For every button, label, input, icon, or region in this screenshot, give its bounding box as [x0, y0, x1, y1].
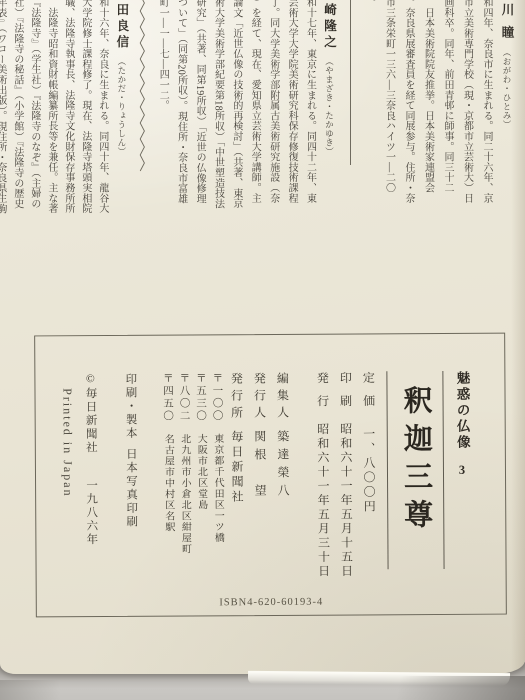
- column-value: 北九州市小倉北区紺屋町: [179, 433, 191, 554]
- column-label: 印刷・製本: [124, 373, 136, 441]
- colophon-address-column: 〒五三〇大阪市北区堂島: [191, 372, 209, 605]
- author-name: 小川 瞳（おがわ・ひとみ）: [496, 0, 518, 217]
- author-name: 山崎隆之（やまざき・たかゆき）: [319, 0, 341, 217]
- author-name-text: 小川 瞳: [500, 0, 514, 42]
- column-label: 〒一〇〇: [211, 372, 222, 422]
- column-value: 関根 望: [253, 430, 267, 502]
- colophon-copyright-column: ©毎日新聞社一九八六年: [78, 373, 102, 606]
- column-value: 昭和六十一年五月十五日: [339, 422, 354, 578]
- column-value: 東京都千代田区一ツ橋: [212, 433, 224, 543]
- section-divider-wavy: [139, 0, 146, 177]
- column-label: 編集人: [275, 372, 289, 423]
- colophon-address-column: 〒一〇〇東京都千代田区一ツ橋: [208, 372, 226, 605]
- series-number: 3: [455, 463, 469, 477]
- author-bio-text: 昭和十七年、東京に生まれる。同四十二年、東京芸術大学大学院美術研究科保存修復技術…: [153, 0, 319, 213]
- colophon-person-column: 編集人築達榮八: [270, 372, 294, 605]
- book-title: 釈迦三尊: [392, 385, 439, 604]
- column-label: 定価: [361, 371, 375, 417]
- column-label: Printed in Japan: [60, 388, 75, 497]
- column-value: 昭和六十一年五月三十日: [316, 423, 331, 579]
- author-bio-text: 昭和四年、奈良市に生まれる。同二十六年、京都市立美術専門学校（現・京都市立芸術大…: [360, 0, 497, 207]
- author-name-text: 山崎隆之: [323, 0, 337, 51]
- colophon-address-column: 〒四五〇名古屋市中村区名駅: [158, 373, 176, 606]
- title-rule-right: [442, 371, 444, 569]
- column-value: 日本写真印刷: [125, 447, 137, 528]
- author-name-kana: （おがわ・ひとみ）: [502, 48, 512, 129]
- author-bio-text: 昭和十六年、奈良に生まれる。同四十年、龍谷大学大学院修士課程修了。現在、法隆寺塔…: [0, 0, 111, 218]
- column-label: 発行: [315, 372, 329, 418]
- title-rule-left: [386, 371, 388, 569]
- author-section: 山崎隆之（やまざき・たかゆき）昭和十七年、東京に生まれる。同四十二年、東京芸術大…: [153, 0, 341, 219]
- column-value: 名古屋市中村区名駅: [162, 434, 174, 533]
- book-photo: 小川 瞳（おがわ・ひとみ）昭和四年、奈良市に生まれる。同二十六年、京都市立美術専…: [0, 0, 525, 700]
- author-name-kana: （やまざき・たかゆき）: [325, 57, 335, 156]
- column-value: 一九八六年: [85, 479, 97, 547]
- bottom-left-shadow: [0, 680, 60, 700]
- author-name-text: 高田良信: [115, 0, 129, 51]
- section-divider-line: [350, 0, 351, 165]
- colophon-box: 魅惑の仏像 3 釈迦三尊 定価一、八〇〇円印刷昭和六十一年五月十五日発行昭和六十…: [34, 333, 507, 618]
- colophon-publisher-column: 発行所毎日新聞社: [224, 372, 248, 605]
- author-section: 高田良信（たかだ・りょうしん）昭和十六年、奈良に生まれる。同四十年、龍谷大学大学…: [0, 0, 133, 219]
- colophon-columns: 魅惑の仏像 3 釈迦三尊 定価一、八〇〇円印刷昭和六十一年五月十五日発行昭和六十…: [35, 334, 506, 617]
- series-title: 魅惑の仏像 3: [447, 371, 476, 604]
- column-label: 印刷: [338, 371, 352, 417]
- book-page: 小川 瞳（おがわ・ひとみ）昭和四年、奈良市に生まれる。同二十六年、京都市立美術専…: [0, 0, 525, 674]
- colophon-date-column: 印刷昭和六十一年五月十五日: [333, 371, 357, 604]
- author-section: 小川 瞳（おがわ・ひとみ）昭和四年、奈良市に生まれる。同二十六年、京都市立美術専…: [360, 0, 519, 219]
- column-value: 毎日新聞社: [230, 430, 244, 505]
- author-name-kana: （たかだ・りょうしん）: [117, 57, 127, 156]
- column-label: 発行人: [252, 372, 266, 423]
- column-label: 〒五三〇: [195, 372, 206, 422]
- column-label: 〒四五〇: [162, 373, 173, 423]
- column-label: ©毎日新聞社: [84, 373, 96, 455]
- author-name: 高田良信（たかだ・りょうしん）: [111, 0, 133, 217]
- column-label: 〒八〇二: [178, 372, 189, 422]
- colophon-price-column: 定価一、八〇〇円: [356, 371, 380, 604]
- author-bios-strip: 小川 瞳（おがわ・ひとみ）昭和四年、奈良市に生まれる。同二十六年、京都市立美術専…: [0, 0, 518, 219]
- column-label: 発行所: [229, 372, 243, 423]
- colophon-latin-column: Printed in Japan: [55, 388, 79, 606]
- column-value: 一、八〇〇円: [362, 427, 377, 514]
- series-title-text: 魅惑の仏像: [454, 371, 469, 451]
- bottom-right-shadow: [345, 676, 525, 700]
- colophon-address-column: 〒八〇二北九州市小倉北区紺屋町: [175, 372, 193, 605]
- column-value: 築達榮八: [276, 430, 290, 502]
- column-value: 大阪市北区堂島: [195, 433, 206, 510]
- colophon-date-column: 発行昭和六十一年五月三十日: [310, 372, 334, 605]
- colophon-person-column: 発行人関根 望: [247, 372, 271, 605]
- colophon-printer-column: 印刷・製本日本写真印刷: [118, 373, 142, 606]
